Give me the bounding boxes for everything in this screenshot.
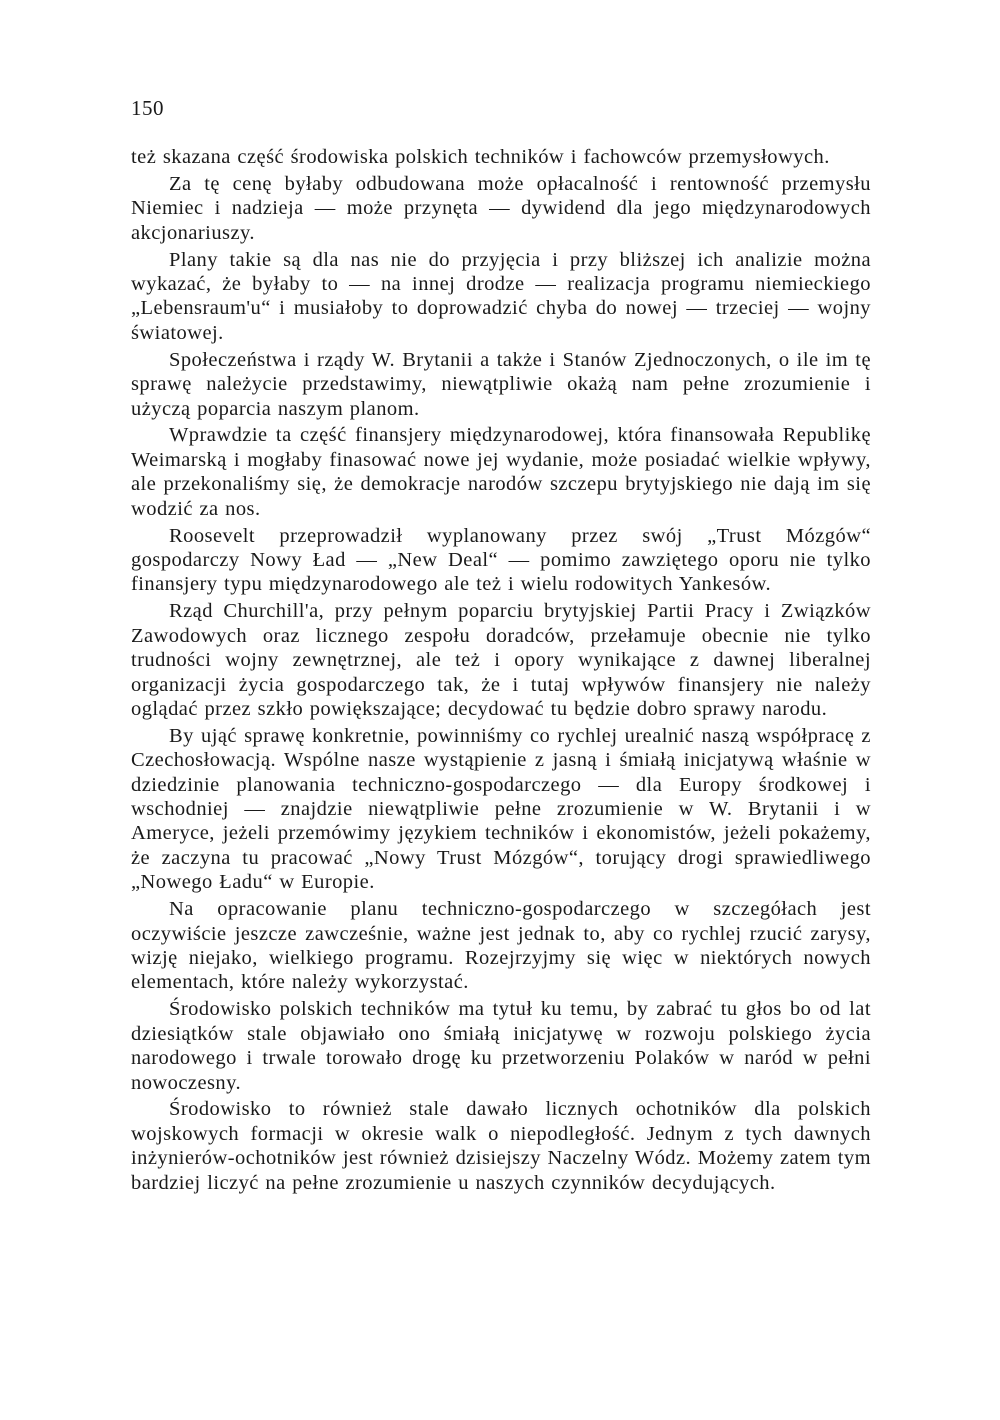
body-text: też skazana część środowiska polskich te… — [131, 145, 871, 1198]
paragraph: By ująć sprawę konkretnie, powinniśmy co… — [131, 724, 871, 895]
paragraph: Roosevelt przeprowadził wyplanowany prze… — [131, 524, 871, 597]
page-number: 150 — [131, 96, 164, 120]
paragraph-continuation: też skazana część środowiska polskich te… — [131, 145, 871, 169]
paragraph: Wprawdzie ta część finansjery międzynaro… — [131, 423, 871, 521]
paragraph: Plany takie są dla nas nie do przyjęcia … — [131, 248, 871, 346]
paragraph: Za tę cenę byłaby odbudowana może opłaca… — [131, 172, 871, 245]
paragraph: Środowisko to również stale dawało liczn… — [131, 1097, 871, 1195]
paragraph: Społeczeństwa i rządy W. Brytanii a takż… — [131, 348, 871, 421]
paragraph: Środowisko polskich techników ma tytuł k… — [131, 997, 871, 1095]
paragraph: Na opracowanie planu techniczno-gospodar… — [131, 897, 871, 995]
paragraph: Rząd Churchill'a, przy pełnym poparciu b… — [131, 599, 871, 721]
